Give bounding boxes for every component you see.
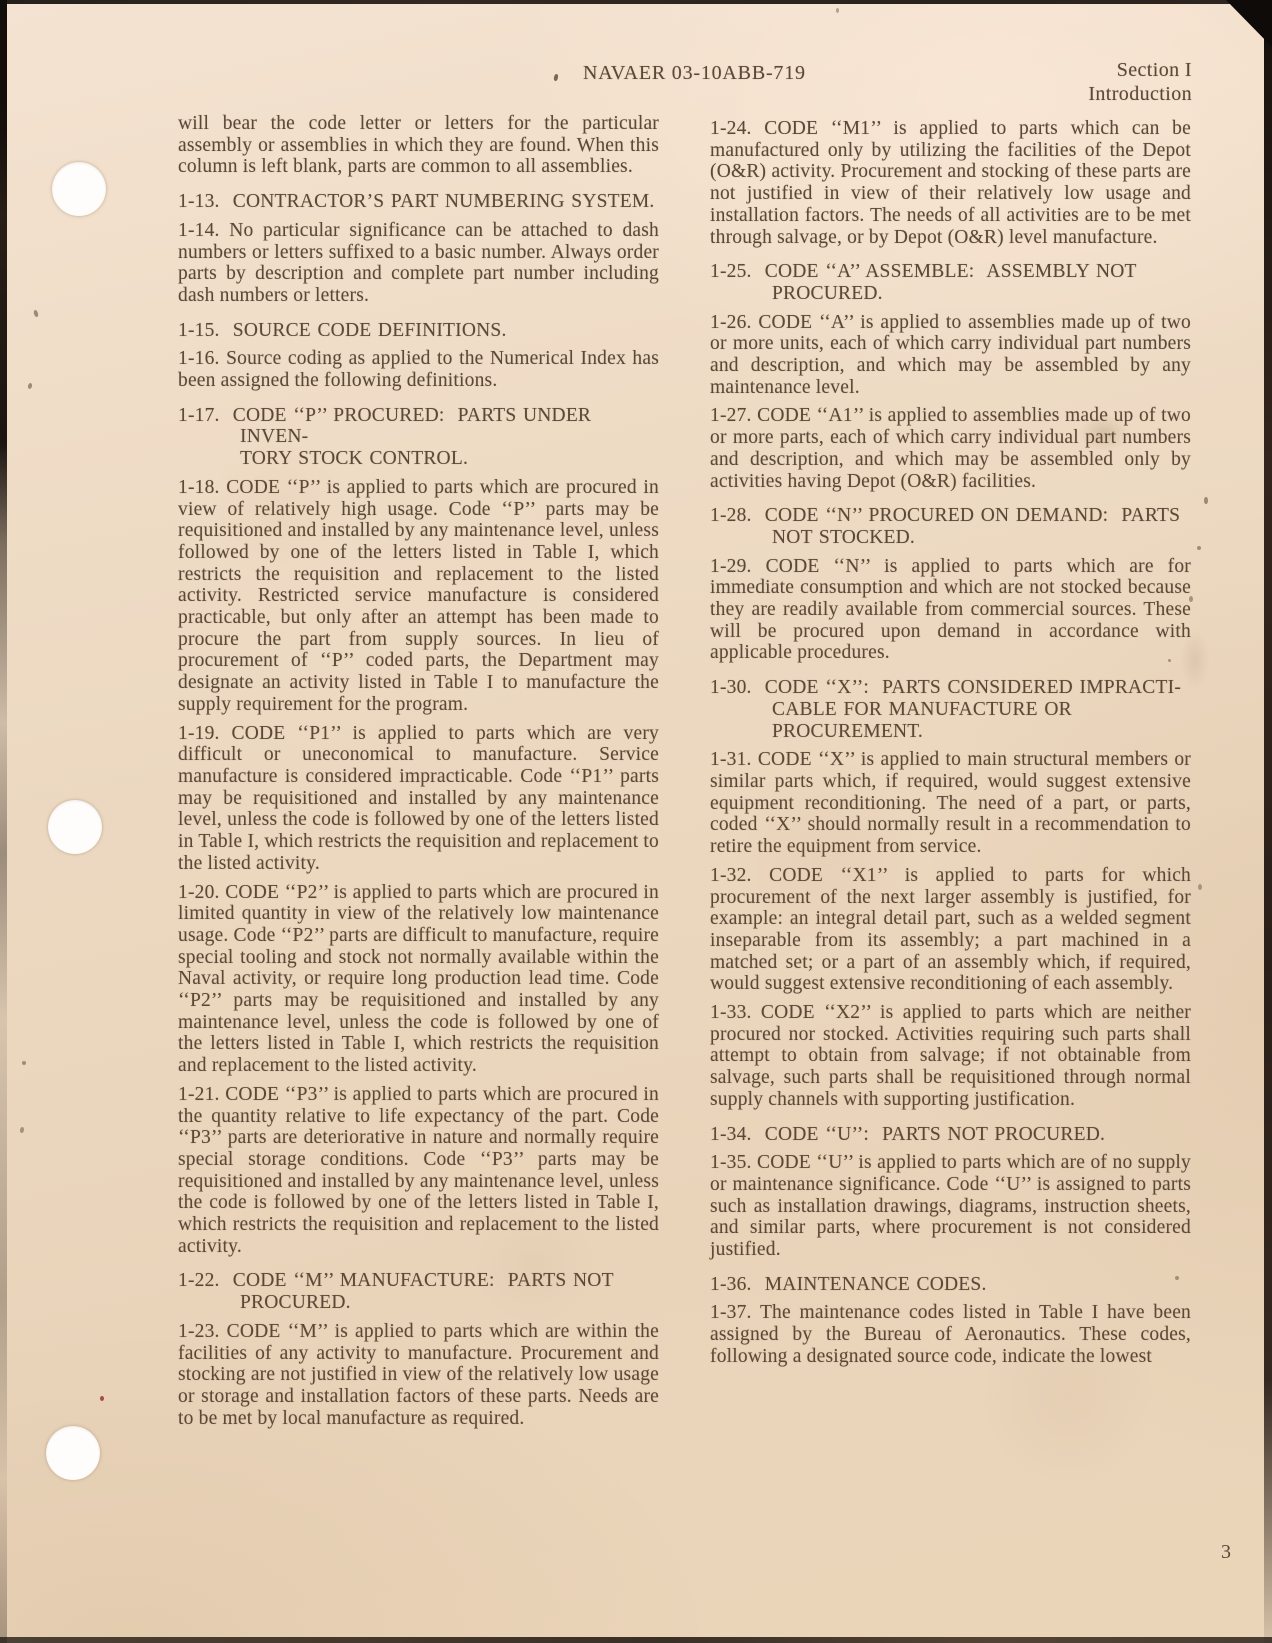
punch-hole (52, 162, 106, 216)
section-heading: 1-36. MAINTENANCE CODES. (710, 1274, 1191, 1296)
section-heading: 1-30. CODE ‘‘X’’: PARTS CONSIDERED IMPRA… (710, 677, 1191, 742)
ink-speck (1204, 497, 1208, 504)
paragraph: 1-19. CODE ‘‘P1’’ is applied to parts wh… (178, 723, 659, 875)
paragraph: 1-24. CODE ‘‘M1’’ is applied to parts wh… (710, 118, 1191, 248)
punch-hole (46, 1426, 100, 1480)
ink-speck (33, 310, 39, 318)
scan-edge-top (0, 0, 1272, 4)
section-line: Introduction (1088, 82, 1192, 106)
paper-stain (1078, 414, 1130, 452)
text-columns: will bear the code letter or letters for… (178, 113, 1192, 1436)
paragraph: 1-31. CODE ‘‘X’’ is applied to main stru… (710, 749, 1191, 858)
ink-speck (836, 8, 839, 13)
section-heading: 1-17. CODE ‘‘P’’ PROCURED: PARTS UNDER I… (178, 405, 659, 470)
section-heading: 1-13. CONTRACTOR’S PART NUMBERING SYSTEM… (178, 191, 659, 213)
paragraph: 1-20. CODE ‘‘P2’’ is applied to parts wh… (178, 882, 659, 1077)
ink-speck (27, 383, 32, 390)
section-line: Section I (1088, 58, 1192, 82)
section-heading: 1-15. SOURCE CODE DEFINITIONS. (178, 320, 659, 342)
ink-speck (1198, 884, 1202, 890)
paragraph: 1-21. CODE ‘‘P3’’ is applied to parts wh… (178, 1084, 659, 1258)
punch-hole (48, 800, 102, 854)
document-page: NAVAER 03-10ABB-719 Section I Introducti… (0, 0, 1272, 1643)
paragraph: 1-32. CODE ‘‘X1’’ is applied to parts fo… (710, 865, 1191, 995)
doc-number: NAVAER 03-10ABB-719 (583, 62, 806, 85)
ink-speck (1197, 546, 1201, 550)
ink-speck (553, 74, 558, 82)
ink-speck (20, 1127, 25, 1134)
section-heading: 1-34. CODE ‘‘U’’: PARTS NOT PROCURED. (710, 1124, 1191, 1146)
section-heading: 1-28. CODE ‘‘N’’ PROCURED ON DEMAND: PAR… (710, 505, 1191, 548)
column-left: will bear the code letter or letters for… (178, 113, 659, 1436)
paragraph: 1-14. No particular significance can be … (178, 220, 659, 307)
paragraph: 1-26. CODE ‘‘A’’ is applied to assemblie… (710, 312, 1191, 399)
ink-speck (1168, 659, 1171, 662)
scan-edge-left (0, 0, 7, 1643)
paragraph: will bear the code letter or letters for… (178, 113, 659, 178)
ink-speck (22, 1061, 26, 1065)
paragraph: 1-35. CODE ‘‘U’’ is applied to parts whi… (710, 1152, 1191, 1261)
ink-speck (100, 1396, 104, 1401)
ink-speck (1189, 596, 1193, 602)
paragraph: 1-23. CODE ‘‘M’’ is applied to parts whi… (178, 1321, 659, 1430)
ink-speck (1175, 1276, 1179, 1280)
scan-edge-bottom (0, 1637, 1272, 1643)
paragraph: 1-16. Source coding as applied to the Nu… (178, 348, 659, 391)
column-right: 1-24. CODE ‘‘M1’’ is applied to parts wh… (710, 113, 1191, 1436)
paragraph: 1-18. CODE ‘‘P’’ is applied to parts whi… (178, 477, 659, 716)
section-info: Section I Introduction (1088, 58, 1192, 106)
paragraph: 1-33. CODE ‘‘X2’’ is applied to parts wh… (710, 1002, 1191, 1111)
section-heading: 1-22. CODE ‘‘M’’ MANUFACTURE: PARTS NOT … (178, 1270, 659, 1313)
page-number: 3 (1221, 1541, 1231, 1564)
paragraph: 1-29. CODE ‘‘N’’ is applied to parts whi… (710, 556, 1191, 665)
paragraph: 1-37. The maintenance codes listed in Ta… (710, 1302, 1191, 1367)
section-heading: 1-25. CODE ‘‘A’’ ASSEMBLE: ASSEMBLY NOT … (710, 261, 1191, 304)
scan-edge-right (1264, 0, 1272, 1643)
paper-stain (1180, 630, 1210, 690)
